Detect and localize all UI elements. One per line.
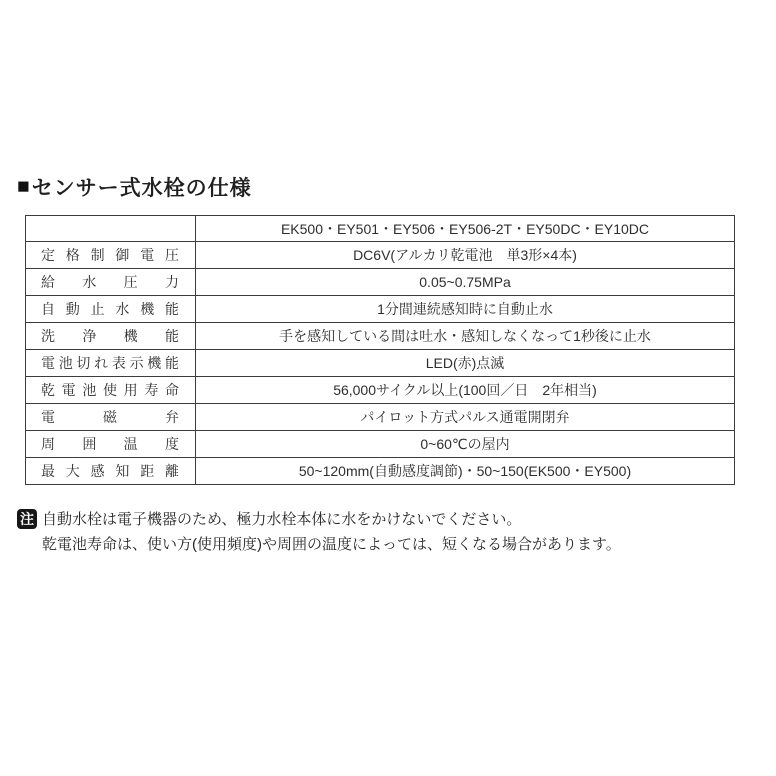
row-label: 周囲温度 [26,431,196,458]
models-empty-cell [26,216,196,242]
row-value: 0.05~0.75MPa [196,269,735,296]
row-label: 定格制御電圧 [26,242,196,269]
table-row: 周囲温度 0~60℃の屋内 [26,431,735,458]
row-label: 電磁弁 [26,404,196,431]
table-row: 最大感知距離 50~120mm(自動感度調節)・50~150(EK500・EY5… [26,458,735,485]
footnote-line-1: 自動水栓は電子機器のため、極力水栓本体に水をかけないでください。 [42,507,621,532]
row-label: 洗浄機能 [26,323,196,350]
row-value: DC6V(アルカリ乾電池 単3形×4本) [196,242,735,269]
footnote: 注 自動水栓は電子機器のため、極力水栓本体に水をかけないでください。 乾電池寿命… [17,507,762,557]
footnote-text: 自動水栓は電子機器のため、極力水栓本体に水をかけないでください。 乾電池寿命は、… [42,507,621,557]
table-row-models: EK500・EY501・EY506・EY506-2T・EY50DC・EY10DC [26,216,735,242]
row-label: 電池切れ表示機能 [26,350,196,377]
table-row: 乾電池使用寿命 56,000サイクル以上(100回／日 2年相当) [26,377,735,404]
page-title-text: センサー式水栓の仕様 [32,172,252,202]
row-label: 給水圧力 [26,269,196,296]
row-value: 50~120mm(自動感度調節)・50~150(EK500・EY500) [196,458,735,485]
row-value: 手を感知している間は吐水・感知しなくなって1秒後に止水 [196,323,735,350]
spec-document-page: ■ センサー式水栓の仕様 EK500・EY501・EY506・EY506-2T・… [0,0,776,776]
page-title: ■ センサー式水栓の仕様 [17,172,252,202]
table-row: 定格制御電圧 DC6V(アルカリ乾電池 単3形×4本) [26,242,735,269]
row-value: 0~60℃の屋内 [196,431,735,458]
row-value: LED(赤)点滅 [196,350,735,377]
row-value: パイロット方式パルス通電開閉弁 [196,404,735,431]
row-label: 乾電池使用寿命 [26,377,196,404]
spec-table: EK500・EY501・EY506・EY506-2T・EY50DC・EY10DC… [25,215,735,485]
models-header-cell: EK500・EY501・EY506・EY506-2T・EY50DC・EY10DC [196,216,735,242]
row-label: 自動止水機能 [26,296,196,323]
title-square-icon: ■ [17,175,31,199]
row-value: 1分間連続感知時に自動止水 [196,296,735,323]
table-row: 洗浄機能 手を感知している間は吐水・感知しなくなって1秒後に止水 [26,323,735,350]
row-value: 56,000サイクル以上(100回／日 2年相当) [196,377,735,404]
table-row: 電磁弁 パイロット方式パルス通電開閉弁 [26,404,735,431]
table-row: 給水圧力 0.05~0.75MPa [26,269,735,296]
table-row: 自動止水機能 1分間連続感知時に自動止水 [26,296,735,323]
table-row: 電池切れ表示機能 LED(赤)点滅 [26,350,735,377]
row-label: 最大感知距離 [26,458,196,485]
footnote-line-2: 乾電池寿命は、使い方(使用頻度)や周囲の温度によっては、短くなる場合があります。 [42,532,621,557]
note-badge-icon: 注 [17,509,37,529]
